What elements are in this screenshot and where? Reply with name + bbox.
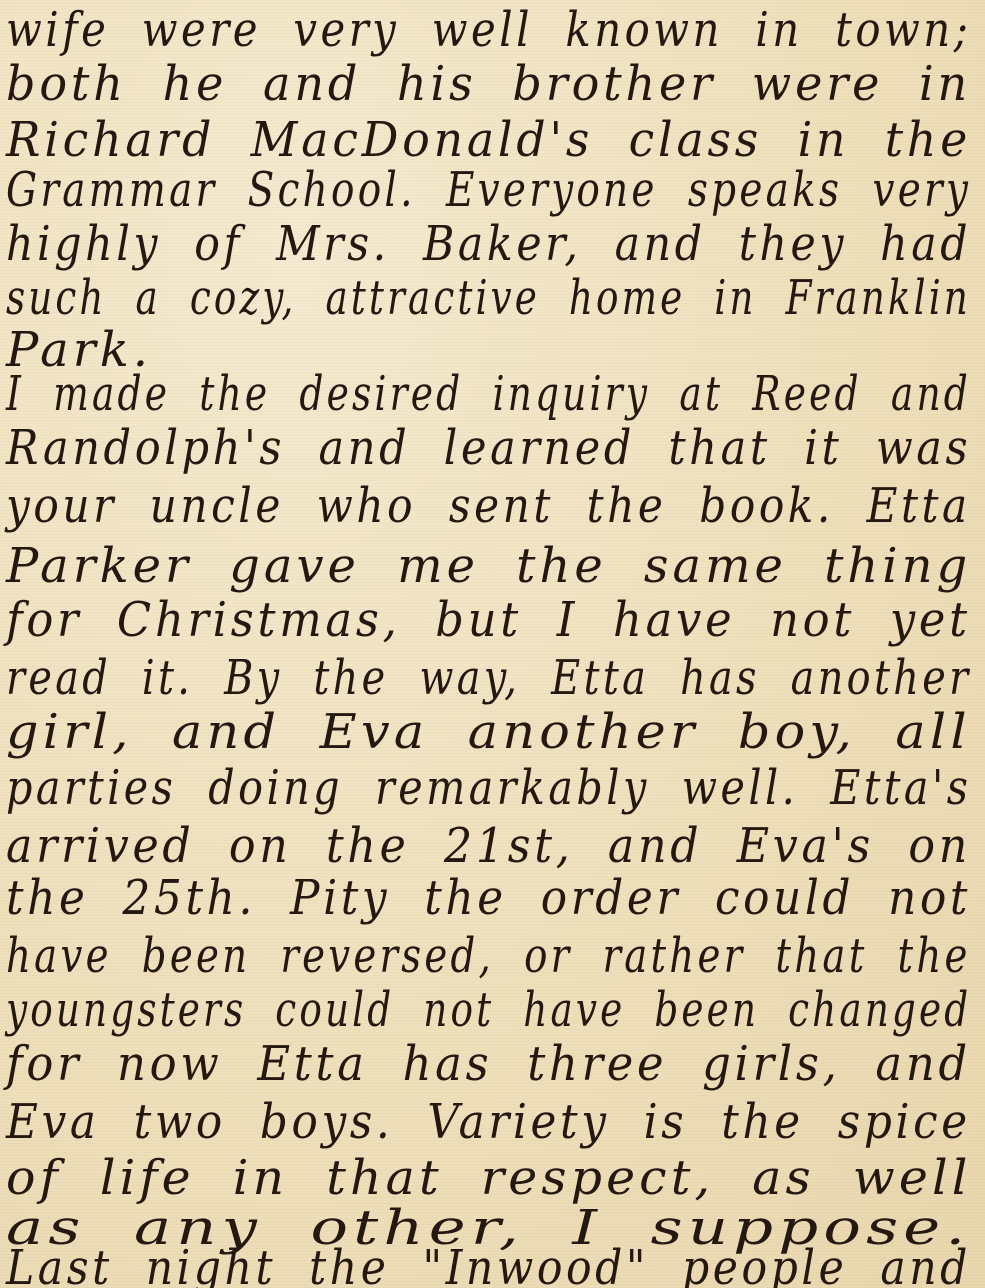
letter-line-11: Parker gave me the same thing bbox=[6, 538, 971, 594]
letter-line-15: parties doing remarkably well. Etta's bbox=[6, 760, 971, 816]
letter-line-9: Randolph's and learned that it was bbox=[6, 420, 971, 476]
letter-line-3: Richard MacDonald's class in the bbox=[6, 112, 971, 168]
letter-line-16: arrived on the 21st, and Eva's on bbox=[6, 818, 971, 874]
letter-line-2: both he and his brother were in bbox=[6, 56, 971, 112]
letter-line-20: for now Etta has three girls, and bbox=[6, 1036, 971, 1092]
letter-page: wife were very well known in town; both … bbox=[0, 0, 985, 1288]
letter-line-22: of life in that respect, as well bbox=[6, 1150, 971, 1206]
letter-line-18: have been reversed, or rather that the bbox=[6, 928, 971, 984]
letter-line-21: Eva two boys. Variety is the spice bbox=[6, 1094, 971, 1150]
letter-line-6: such a cozy, attractive home in Franklin bbox=[6, 270, 971, 326]
letter-line-13: read it. By the way, Etta has another bbox=[6, 650, 971, 706]
letter-line-24: Last night the "Inwood" people and bbox=[6, 1240, 971, 1288]
letter-line-8: I made the desired inquiry at Reed and bbox=[6, 366, 971, 422]
letter-line-4: Grammar School. Everyone speaks very bbox=[6, 162, 971, 218]
letter-line-17: the 25th. Pity the order could not bbox=[6, 870, 971, 926]
letter-line-1: wife were very well known in town; bbox=[6, 2, 971, 58]
letter-line-19: youngsters could not have been changed bbox=[6, 982, 971, 1038]
letter-line-10: your uncle who sent the book. Etta bbox=[6, 478, 971, 534]
letter-line-12: for Christmas, but I have not yet bbox=[6, 592, 971, 648]
letter-line-14: girl, and Eva another boy, all bbox=[6, 704, 971, 760]
letter-line-5: highly of Mrs. Baker, and they had bbox=[6, 216, 971, 272]
